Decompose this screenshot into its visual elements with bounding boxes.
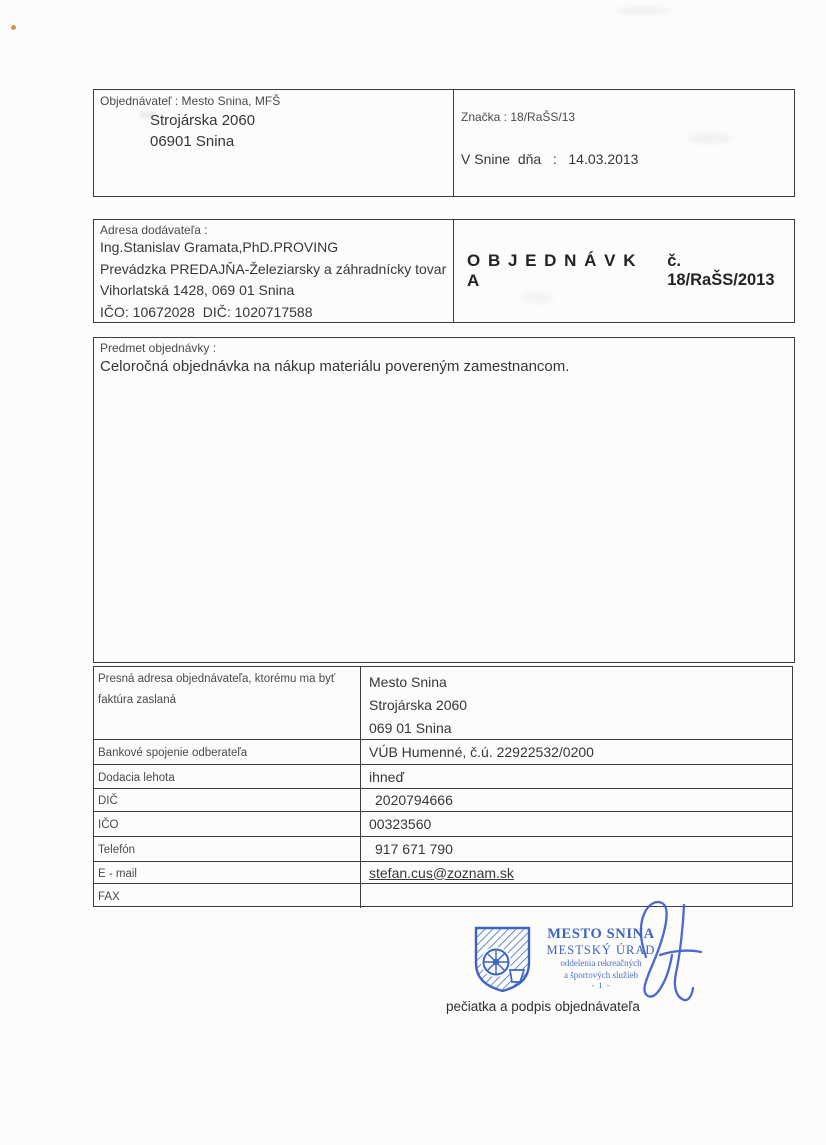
orderer-city: 06901 Snina — [150, 131, 447, 152]
supplier-box: Adresa dodávateľa : Ing.Stanislav Gramat… — [93, 219, 795, 323]
row-value — [361, 884, 792, 908]
row-value: 917 671 790 — [361, 837, 792, 861]
row-label: Dodacia lehota — [94, 765, 361, 788]
row-value: VÚB Humenné, č.ú. 22922532/0200 — [361, 740, 792, 764]
order-title: O B J E D N Á V K A — [467, 251, 641, 291]
row-label: Telefón — [94, 837, 361, 861]
row-value: 00323560 — [361, 812, 792, 836]
row-label: E - mail — [94, 862, 361, 883]
row-label: Presná adresa objednávateľa, ktorému ma … — [94, 667, 361, 739]
row-value-email: stefan.cus@zoznam.sk — [361, 862, 792, 883]
table-row-email: E - mail stefan.cus@zoznam.sk — [94, 861, 792, 883]
subject-text: Celoročná objednávka na nákup materiálu … — [100, 358, 788, 375]
row-value: 2020794666 — [361, 789, 792, 811]
orderer-line: Objednávateľ : Mesto Snina, MFŠ — [100, 94, 447, 108]
order-title-cell: O B J E D N Á V K A č. 18/RaŠS/2013 — [453, 220, 794, 322]
row-label: FAX — [94, 884, 361, 908]
supplier-ids: IČO: 10672028 DIČ: 1020717588 — [100, 302, 447, 324]
reference-cell: Značka : 18/RaŠS/13 V Snine dňa : 14.03.… — [453, 90, 794, 196]
scan-artifact-dot — [11, 25, 16, 30]
orderer-cell: Objednávateľ : Mesto Snina, MFŠ Strojárs… — [94, 90, 453, 196]
supplier-operation: Prevádzka PREDAJŇA-Železiarsky a záhradn… — [100, 259, 447, 281]
supplier-cell: Adresa dodávateľa : Ing.Stanislav Gramat… — [94, 220, 453, 322]
scan-smudge — [616, 6, 670, 15]
details-table: Presná adresa objednávateľa, ktorému ma … — [93, 666, 793, 907]
row-value: ihneď — [361, 765, 792, 788]
orderer-street: Strojárska 2060 — [150, 110, 447, 131]
subject-box: Predmet objednávky : Celoročná objednávk… — [93, 337, 795, 663]
table-row-phone: Telefón 917 671 790 — [94, 836, 792, 861]
document-page: Objednávateľ : Mesto Snina, MFŠ Strojárs… — [0, 0, 826, 1145]
table-row-delivery: Dodacia lehota ihneď — [94, 764, 792, 788]
city-coat-of-arms-stamp-icon — [473, 925, 532, 994]
table-row-dic: DIČ 2020794666 — [94, 788, 792, 811]
row-label: Bankové spojenie odberateľa — [94, 740, 361, 764]
row-value: Mesto Snina Strojárska 2060 069 01 Snina — [361, 667, 792, 739]
row-label: IČO — [94, 812, 361, 836]
table-row-ico: IČO 00323560 — [94, 811, 792, 836]
supplier-street: Vihorlatská 1428, 069 01 Snina — [100, 280, 447, 302]
stamp-caption: pečiatka a podpis objednávateľa — [446, 999, 640, 1014]
row-label: DIČ — [94, 789, 361, 811]
order-number: č. 18/RaŠS/2013 — [667, 252, 787, 290]
order-date-line: V Snine dňa : 14.03.2013 — [461, 151, 787, 167]
supplier-name: Ing.Stanislav Gramata,PhD.PROVING — [100, 237, 447, 259]
table-row-billing-address: Presná adresa objednávateľa, ktorému ma … — [94, 667, 792, 739]
supplier-label: Adresa dodávateľa : — [100, 223, 447, 237]
subject-label: Predmet objednávky : — [100, 341, 788, 355]
reference-mark: Značka : 18/RaŠS/13 — [461, 110, 787, 124]
orderer-box: Objednávateľ : Mesto Snina, MFŠ Strojárs… — [93, 89, 795, 197]
table-row-bank: Bankové spojenie odberateľa VÚB Humenné,… — [94, 739, 792, 764]
